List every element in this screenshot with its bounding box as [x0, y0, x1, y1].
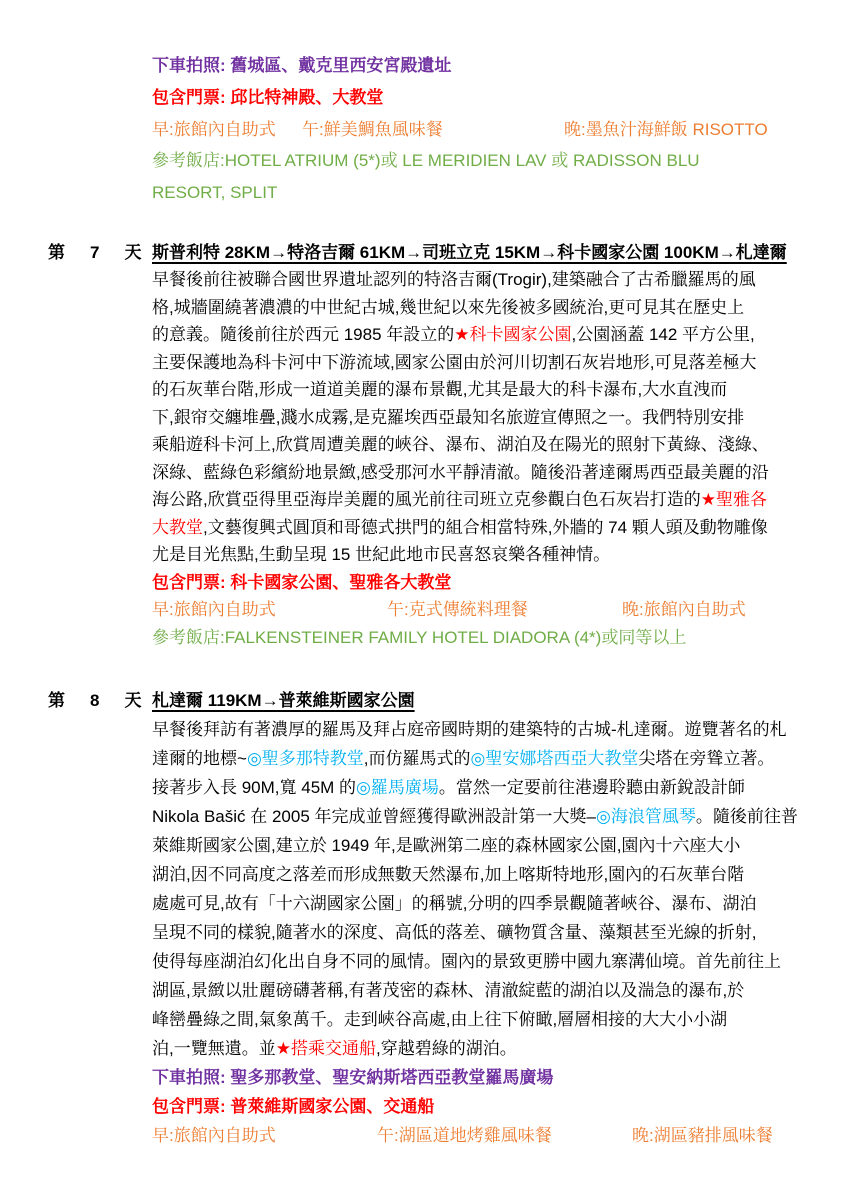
meals-line: 早:旅館內自助式 午:鮮美鯛魚風味餐 晚:墨魚汁海鮮飯 RISOTTO [152, 114, 814, 146]
day8-tickets-line: 包含門票: 普萊維斯國家公園、交通船 [152, 1092, 814, 1121]
day7-paragraph: 早餐後前往被聯合國世界遺址認列的特洛吉爾(Trogir),建築融合了古希臘羅馬的… [152, 266, 814, 569]
text-run: 海公路,欣賞亞得里亞海岸美麗的風光前往司班立克參觀白色石灰岩打造的 [152, 490, 701, 509]
tickets-line: 包含門票: 邱比特神殿、大教堂 [152, 82, 814, 114]
text-run: 萊維斯國家公園,建立於 1949 年,是歐洲第二座的森林國家公園,園內十六座大小 [152, 836, 740, 855]
day-label-number: 7 [90, 243, 99, 263]
day7-meals-line: 早:旅館內自助式 午:克式傳統料理餐 晚:旅館內自助式 [152, 596, 814, 624]
highlight-red: ★搭乘交通船 [276, 1039, 376, 1058]
highlight-blue: ◎海浪管風琴 [596, 807, 696, 826]
paragraph-line: 湖泊,因不同高度之落差而形成無數天然瀑布,加上喀斯特地形,園內的石灰華台階 [152, 860, 814, 889]
meal-dinner: 晚:旅館內自助式 [622, 596, 746, 624]
text-run: 下,銀帘交纏堆疊,濺水成霧,是克羅埃西亞最知名旅遊宣傳照之一。我們特別安排 [152, 408, 744, 427]
paragraph-line: 泊,一覽無遺。並★搭乘交通船,穿越碧綠的湖泊。 [152, 1034, 814, 1063]
text-run: ,文藝復興式圓頂和哥德式拱門的組合相當特殊,外牆的 74 顆人頭及動物雕像 [203, 518, 768, 537]
text-run: 早餐後前往被聯合國世界遺址認列的特洛吉爾(Trogir),建築融合了古希臘羅馬的… [152, 270, 756, 289]
paragraph-line: 早餐後拜訪有著濃厚的羅馬及拜占庭帝國時期的建築特的古城-札達爾。遊覽著名的札 [152, 715, 814, 744]
meal-lunch: 午:鮮美鯛魚風味餐 [302, 114, 443, 146]
highlight-blue: ◎聖多那特教堂 [247, 749, 364, 768]
day8-meals-line: 早:旅館內自助式 午:湖區道地烤雞風味餐 晚:湖區豬排風味餐 [152, 1121, 814, 1150]
paragraph-line: 湖區,景緻以壯麗磅礴著稱,有著茂密的森林、清澈綻藍的湖泊以及湍急的瀑布,於 [152, 976, 814, 1005]
text-run: 。當然一定要前往港邊聆聽由新銳設計師 [439, 778, 745, 797]
meal-breakfast: 早:旅館內自助式 [152, 114, 276, 146]
paragraph-line: 尤是目光焦點,生動呈現 15 世紀此地市民喜怒哀樂各種神情。 [152, 541, 814, 569]
day8-route-heading: 札達爾 119KM→普萊維斯國家公園 [152, 686, 415, 711]
meal-dinner: 晚:湖區豬排風味餐 [632, 1121, 773, 1150]
highlight-blue: ◎羅馬廣場 [356, 778, 439, 797]
text-run: 接著步入長 90M,寬 45M 的 [152, 778, 356, 797]
day8-section: 早餐後拜訪有著濃厚的羅馬及拜占庭帝國時期的建築特的古城-札達爾。遊覽著名的札達爾… [152, 715, 814, 1150]
text-run: 早餐後拜訪有著濃厚的羅馬及拜占庭帝國時期的建築特的古城-札達爾。遊覽著名的札 [152, 720, 787, 739]
paragraph-line: 早餐後前往被聯合國世界遺址認列的特洛吉爾(Trogir),建築融合了古希臘羅馬的… [152, 266, 814, 294]
hotels-line: 參考飯店:HOTEL ATRIUM (5*)或 LE MERIDIEN LAV … [152, 145, 814, 177]
meal-lunch: 午:克式傳統料理餐 [387, 596, 528, 624]
paragraph-line: 達爾的地標~◎聖多那特教堂,而仿羅馬式的◎聖安娜塔西亞大教堂尖塔在旁聳立著。 [152, 744, 814, 773]
hotels-line-continued: RESORT, SPLIT [152, 177, 814, 209]
photo-stops-line: 下車拍照: 舊城區、戴克里西安宮殿遺址 [152, 50, 814, 82]
paragraph-line: 接著步入長 90M,寬 45M 的◎羅馬廣場。當然一定要前往港邊聆聽由新銳設計師 [152, 773, 814, 802]
text-run: 湖泊,因不同高度之落差而形成無數天然瀑布,加上喀斯特地形,園內的石灰華台階 [152, 865, 744, 884]
day7-tickets-line: 包含門票: 科卡國家公園、聖雅各大教堂 [152, 569, 814, 597]
text-run: 峰巒疊綠之間,氣象萬千。走到峽谷高處,由上往下俯瞰,層層相接的大大小小湖 [152, 1010, 727, 1029]
text-run: Nikola Bašić 在 2005 年完成並曾經獲得歐洲設計第一大獎– [152, 807, 596, 826]
text-run: 使得每座湖泊幻化出自身不同的風情。園內的景致更勝中國九寨溝仙境。首先前往上 [152, 952, 781, 971]
day7-label: 第7天 [48, 238, 141, 263]
paragraph-line: 格,城牆圍繞著濃濃的中世紀古城,幾世紀以來先後被多國統治,更可見其在歷史上 [152, 294, 814, 322]
text-run: 湖區,景緻以壯麗磅礴著稱,有著茂密的森林、清澈綻藍的湖泊以及湍急的瀑布,於 [152, 981, 744, 1000]
day-label-prefix: 第 [48, 686, 65, 711]
paragraph-line: 的意義。隨後前往於西元 1985 年設立的★科卡國家公園,公園涵蓋 142 平方… [152, 321, 814, 349]
text-run: 尤是目光焦點,生動呈現 15 世紀此地市民喜怒哀樂各種神情。 [152, 545, 610, 564]
text-run: 格,城牆圍繞著濃濃的中世紀古城,幾世紀以來先後被多國統治,更可見其在歷史上 [152, 298, 744, 317]
text-run: 深綠、藍綠色彩繽紛地景緻,感受那河水平靜清澈。隨後沿著達爾馬西亞最美麗的沿 [152, 463, 769, 482]
meal-breakfast: 早:旅館內自助式 [152, 1121, 276, 1150]
text-run: 的石灰華台階,形成一道道美麗的瀑布景觀,尤其是最大的科卡瀑布,大水直洩而 [152, 380, 727, 399]
text-run: 尖塔在旁聳立著。 [638, 749, 774, 768]
paragraph-line: 萊維斯國家公園,建立於 1949 年,是歐洲第二座的森林國家公園,園內十六座大小 [152, 831, 814, 860]
paragraph-line: 峰巒疊綠之間,氣象萬千。走到峽谷高處,由上往下俯瞰,層層相接的大大小小湖 [152, 1005, 814, 1034]
day8-paragraph: 早餐後拜訪有著濃厚的羅馬及拜占庭帝國時期的建築特的古城-札達爾。遊覽著名的札達爾… [152, 715, 814, 1063]
highlight-red: 大教堂 [152, 518, 203, 537]
text-run: 的意義。隨後前往於西元 1985 年設立的 [152, 325, 454, 344]
day8-label: 第8天 [48, 686, 141, 711]
text-run: 。隨後前往普 [696, 807, 798, 826]
paragraph-line: 大教堂,文藝復興式圓頂和哥德式拱門的組合相當特殊,外牆的 74 顆人頭及動物雕像 [152, 514, 814, 542]
highlight-red: ★科卡國家公園 [454, 325, 571, 344]
text-run: ,穿越碧綠的湖泊。 [376, 1039, 517, 1058]
text-run: ,公園涵蓋 142 平方公里, [572, 325, 755, 344]
top-info-block: 下車拍照: 舊城區、戴克里西安宮殿遺址 包含門票: 邱比特神殿、大教堂 早:旅館… [152, 50, 814, 209]
day-label-suffix: 天 [124, 686, 141, 711]
paragraph-line: 主要保護地為科卡河中下游流域,國家公園由於河川切割石灰岩地形,可見落差極大 [152, 349, 814, 377]
meal-lunch: 午:湖區道地烤雞風味餐 [377, 1121, 552, 1150]
day8-photo-stops-line: 下車拍照: 聖多那教堂、聖安納斯塔西亞教堂羅馬廣場 [152, 1063, 814, 1092]
day7-route-heading: 斯普利特 28KM→特洛吉爾 61KM→司班立克 15KM→科卡國家公園 100… [152, 238, 787, 263]
paragraph-line: 深綠、藍綠色彩繽紛地景緻,感受那河水平靜清澈。隨後沿著達爾馬西亞最美麗的沿 [152, 459, 814, 487]
paragraph-line: 海公路,欣賞亞得里亞海岸美麗的風光前往司班立克參觀白色石灰岩打造的★聖雅各 [152, 486, 814, 514]
text-run: 乘船遊科卡河上,欣賞周遭美麗的峽谷、瀑布、湖泊及在陽光的照射下黃綠、淺綠、 [152, 435, 769, 454]
paragraph-line: 的石灰華台階,形成一道道美麗的瀑布景觀,尤其是最大的科卡瀑布,大水直洩而 [152, 376, 814, 404]
text-run: 達爾的地標~ [152, 749, 247, 768]
paragraph-line: 下,銀帘交纏堆疊,濺水成霧,是克羅埃西亞最知名旅遊宣傳照之一。我們特別安排 [152, 404, 814, 432]
text-run: ,而仿羅馬式的 [364, 749, 471, 768]
day-label-suffix: 天 [124, 238, 141, 263]
highlight-blue: ◎聖安娜塔西亞大教堂 [471, 749, 639, 768]
paragraph-line: Nikola Bašić 在 2005 年完成並曾經獲得歐洲設計第一大獎–◎海浪… [152, 802, 814, 831]
paragraph-line: 呈現不同的樣貌,隨著水的深度、高低的落差、礦物質含量、藻類甚至光線的折射, [152, 918, 814, 947]
day-label-number: 8 [90, 691, 99, 711]
meal-dinner: 晚:墨魚汁海鮮飯 RISOTTO [564, 114, 768, 146]
highlight-red: ★聖雅各 [701, 490, 767, 509]
paragraph-line: 處處可見,故有「十六湖國家公園」的稱號,分明的四季景觀隨著峽谷、瀑布、湖泊 [152, 889, 814, 918]
text-run: 處處可見,故有「十六湖國家公園」的稱號,分明的四季景觀隨著峽谷、瀑布、湖泊 [152, 894, 756, 913]
text-run: 呈現不同的樣貌,隨著水的深度、高低的落差、礦物質含量、藻類甚至光線的折射, [152, 923, 756, 942]
text-run: 主要保護地為科卡河中下游流域,國家公園由於河川切割石灰岩地形,可見落差極大 [152, 353, 756, 372]
meal-breakfast: 早:旅館內自助式 [152, 596, 276, 624]
day7-section: 早餐後前往被聯合國世界遺址認列的特洛吉爾(Trogir),建築融合了古希臘羅馬的… [152, 266, 814, 651]
paragraph-line: 使得每座湖泊幻化出自身不同的風情。園內的景致更勝中國九寨溝仙境。首先前往上 [152, 947, 814, 976]
day-label-prefix: 第 [48, 238, 65, 263]
paragraph-line: 乘船遊科卡河上,欣賞周遭美麗的峽谷、瀑布、湖泊及在陽光的照射下黃綠、淺綠、 [152, 431, 814, 459]
itinerary-document-page: 下車拍照: 舊城區、戴克里西安宮殿遺址 包含門票: 邱比特神殿、大教堂 早:旅館… [0, 0, 849, 1200]
text-run: 泊,一覽無遺。並 [152, 1039, 276, 1058]
day7-hotels-line: 參考飯店:FALKENSTEINER FAMILY HOTEL DIADORA … [152, 624, 814, 652]
